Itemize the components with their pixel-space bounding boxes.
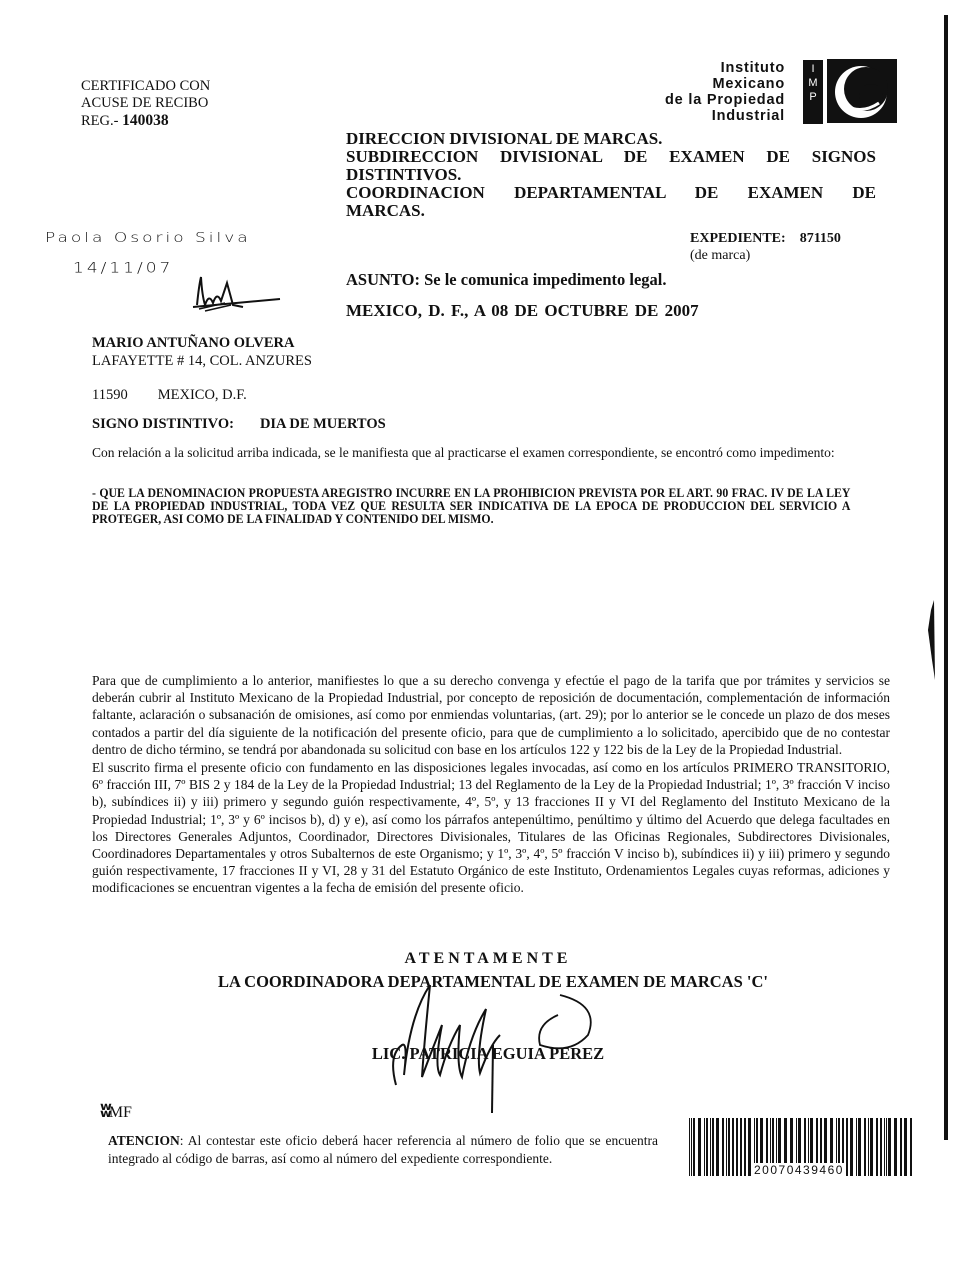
header-line-2: SUBDIRECCION DIVISIONAL DE EXAMEN DE SIG… — [346, 148, 876, 166]
distinctive-sign: SIGNO DISTINTIVO:DIA DE MUERTOS — [92, 416, 386, 433]
postal-code: 11590 — [92, 387, 128, 403]
institute-name-line-3: de la Propiedad — [640, 92, 785, 108]
institute-name-line-2: Mexicano — [640, 76, 785, 92]
attention-note: ATENCION: Al contestar este oficio deber… — [108, 1132, 658, 1167]
distinctive-sign-value: DIA DE MUERTOS — [260, 416, 386, 432]
attention-label: ATENCION — [108, 1133, 180, 1148]
file-number-label: EXPEDIENTE: — [690, 231, 786, 246]
department-header: DIRECCION DIVISIONAL DE MARCAS. SUBDIREC… — [346, 130, 876, 220]
file-number-block: EXPEDIENTE:871150 (de marca) — [690, 230, 841, 264]
body-paragraph-2: Para que de cumplimiento a lo anterior, … — [92, 672, 890, 758]
body-paragraph-3: El suscrito firma el presente oficio con… — [92, 759, 890, 897]
header-line-3: DISTINTIVOS. — [346, 166, 876, 184]
acronym-letter: P — [803, 90, 823, 104]
body-paragraph-1: Con relación a la solicitud arriba indic… — [92, 444, 890, 461]
institute-name: Instituto Mexicano de la Propiedad Indus… — [640, 60, 785, 124]
closing-salutation: ATENTAMENTE — [0, 950, 976, 968]
attention-text: : Al contestar este oficio deberá hacer … — [108, 1133, 658, 1166]
file-number-type: (de marca) — [690, 247, 841, 264]
imp-acronym-badge: I M P — [803, 60, 823, 124]
barcode-number: 20070439460 — [752, 1163, 846, 1177]
handwritten-name: Paola Osorio Silva — [45, 230, 251, 246]
initials-mark-icon: ʬ — [100, 1098, 109, 1122]
scan-edge-line — [944, 15, 948, 1140]
initials-text: MF — [109, 1104, 132, 1121]
certified-line-2: ACUSE DE RECIBO — [81, 95, 210, 112]
registration-label: REG.- — [81, 113, 118, 129]
date-line: MEXICO, D. F., A 08 DE OCTUBRE DE 2007 — [346, 301, 699, 321]
header-line-1: DIRECCION DIVISIONAL DE MARCAS. — [346, 130, 876, 148]
distinctive-sign-label: SIGNO DISTINTIVO: — [92, 416, 234, 432]
certified-line-1: CERTIFICADO CON — [81, 78, 210, 95]
imp-logo-icon — [827, 59, 897, 123]
institute-name-line-4: Industrial — [640, 108, 785, 124]
addressee: MARIO ANTUÑANO OLVERA LAFAYETTE # 14, CO… — [92, 334, 312, 370]
handwritten-date: 14/11/07 — [73, 260, 173, 277]
receiver-signature-icon — [185, 275, 285, 320]
header-line-5: MARCAS. — [346, 202, 876, 220]
certified-mail-block: CERTIFICADO CON ACUSE DE RECIBO REG.- 14… — [81, 78, 210, 130]
subject-line: ASUNTO: Se le comunica impedimento legal… — [346, 270, 667, 290]
registration-number: 140038 — [122, 112, 169, 129]
addressee-city-line: 11590MEXICO, D.F. — [92, 387, 247, 404]
scan-artifact — [928, 600, 936, 680]
official-signature-icon — [330, 985, 610, 1120]
header-line-4: COORDINACION DEPARTAMENTAL DE EXAMEN DE — [346, 184, 876, 202]
addressee-name: MARIO ANTUÑANO OLVERA — [92, 334, 312, 352]
addressee-street: LAFAYETTE # 14, COL. ANZURES — [92, 352, 312, 370]
institute-name-line-1: Instituto — [640, 60, 785, 76]
acronym-letter: M — [803, 76, 823, 90]
addressee-city: MEXICO, D.F. — [158, 387, 247, 403]
acronym-letter: I — [803, 62, 823, 76]
typist-initials: ʬMF — [100, 1098, 132, 1122]
file-number: 871150 — [800, 231, 841, 246]
registration: REG.- 140038 — [81, 112, 210, 130]
impediment-statement: - QUE LA DENOMINACION PROPUESTA AREGISTR… — [92, 487, 850, 527]
